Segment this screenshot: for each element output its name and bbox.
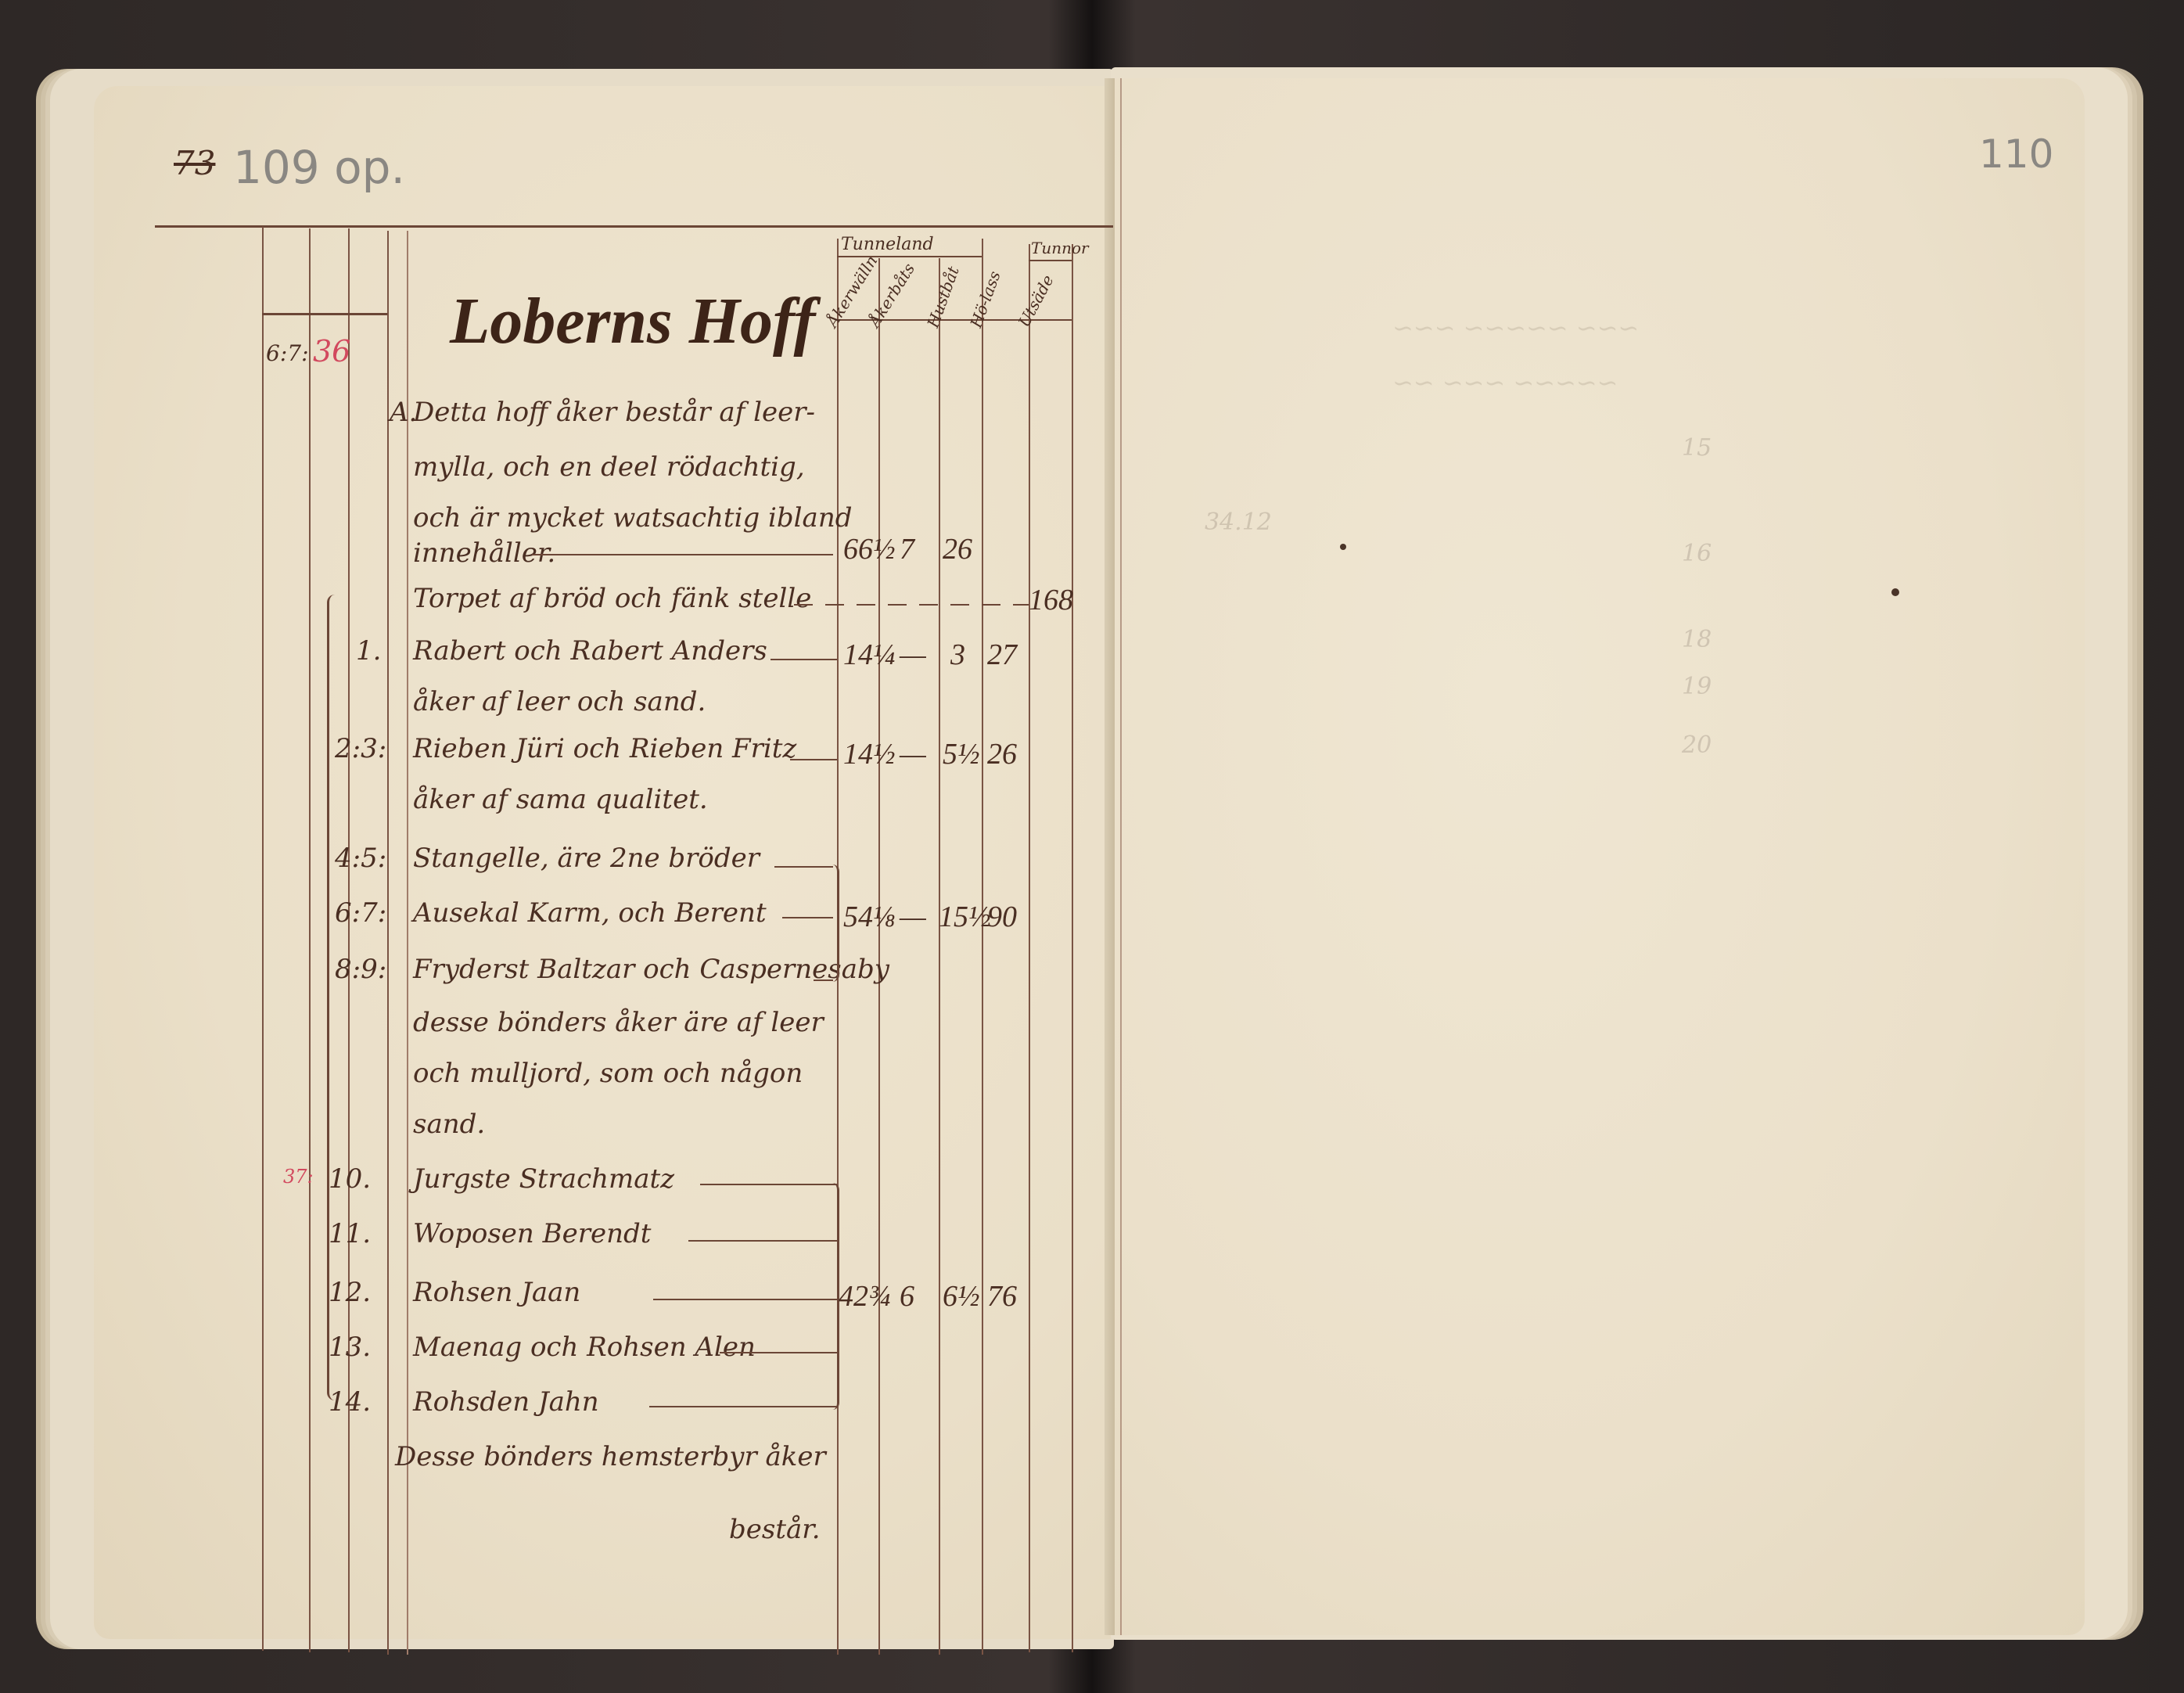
entry-11-text: Woposen Berendt [413,1220,651,1247]
leader-line [774,866,833,868]
leader-dashes [794,604,1029,606]
entry-8-9-no: 8:9: [335,956,386,983]
margin-line-4 [387,231,389,1655]
entry-14-no: 14. [329,1389,371,1415]
leader-line [688,1240,837,1242]
entry-a-line-3: och är mycket watsachtig ibland [413,505,852,531]
entry-12-no: 12. [329,1279,371,1306]
entry-2-3-val-1: 14½ [843,737,896,771]
entry-13-no: 13. [329,1334,371,1361]
entry-10-no: 10. [329,1166,371,1192]
entry-8-9-line-1: Fryderst Baltzar och Caspernesaby [413,956,889,983]
leader-line [649,1406,837,1407]
right-page-ruling [1120,78,1122,1635]
col-line-4 [982,239,983,1655]
entry-2-3-line-2: åker af sama qualitet. [413,786,708,813]
entry-group2-val-2: — [900,900,926,934]
entry-group2-val-3: 15½ [939,900,991,934]
entry-group3-val-3: 6½ [943,1279,980,1314]
leader-line [782,917,833,918]
leader-line [771,659,837,660]
entry-a-line-1: Detta hoff åker består af leer- [413,399,815,426]
leader-line [814,979,833,981]
margin-line-2 [309,228,311,1652]
closing-line-2: består. [729,1516,821,1543]
entry-a-line-4: innehåller. [413,540,555,566]
entry-1-line-1: Rabert och Rabert Anders [413,638,767,664]
entry-a-val-1: 66½ [843,532,896,566]
entry-1-no: 1. [356,638,381,664]
entry-torpet-text: Torpet af bröd och fänk stelle [413,585,811,612]
entry-4-5-line-1: Stangelle, äre 2ne bröder [413,845,760,872]
margin-ref-red-37: 37: [283,1167,314,1186]
entry-8-9-line-3: och mulljord, som och någon [413,1060,803,1087]
entry-group2-val-4: 90 [987,900,1017,934]
entry-group3-val-1: 42¾ [839,1279,891,1314]
entry-2-3-line-1: Rieben Jüri och Rieben Fritz [413,735,796,762]
leader-line [720,1352,837,1353]
entry-2-3-val-4: 26 [987,737,1017,771]
leader-line [700,1184,837,1185]
entry-2-3-no: 2:3: [335,735,386,762]
entry-13-text: Maenag och Rohsen Alen [413,1334,756,1361]
right-folio-number: 110 [1979,131,2053,177]
entry-a-line-2: mylla, och en deel rödachtig, [413,454,805,480]
closing-line-1: Desse bönders hemsterbyr åker [395,1443,826,1470]
entry-torpet-val-4: 168 [1029,583,1073,617]
leader-line [532,554,833,555]
bleed-through-text: ~~~~~ ~~~ ~~ [1392,368,1618,397]
entry-8-9-line-4: sand. [413,1111,485,1138]
struck-folio-number: 73 [174,147,215,180]
pencil-folio-number: 109 op. [233,141,405,194]
entry-1-val-3: 3 [950,638,965,672]
header-group2-rule [1029,260,1072,261]
entry-10-text: Jurgste Strachmatz [413,1166,674,1192]
entry-14-text: Rohsden Jahn [413,1389,599,1415]
margin-ref-red-36: 36 [313,336,350,366]
bleed-number: 19 [1682,673,1712,700]
entry-group2-val-1: 54⅛ [843,900,896,934]
entry-2-3-val-2: — [900,737,926,771]
leader-line [653,1299,837,1300]
col-group-tunnor: Tunnor [1031,239,1089,257]
margin-box-rule [262,313,387,315]
entry-group3-val-4: 76 [987,1279,1017,1314]
top-rule [155,225,1113,228]
entry-1-val-2: — [900,638,926,672]
entry-1-val-4: 27 [987,638,1017,672]
entry-a-val-3: 26 [943,532,972,566]
margin-ref-left: 6:7: [266,343,309,365]
margin-line-1 [262,227,264,1651]
ink-spot [1891,588,1899,596]
col-line-3 [939,258,940,1655]
bleed-number: 15 [1682,434,1712,462]
entry-11-no: 11. [329,1220,371,1247]
entry-1-line-2: åker af leer och sand. [413,688,706,715]
right-page [1115,78,2085,1635]
bleed-through-text: ~~~ ~~~~~ ~~~ [1392,313,1639,343]
entry-2-3-val-3: 5½ [943,737,980,771]
entry-6-7-line-1: Ausekal Karm, och Berent [413,900,767,926]
entry-12-text: Rohsen Jaan [413,1279,580,1306]
col-line-6 [1072,244,1073,1652]
page-title: Loberns Hoff [450,283,815,359]
header-group-rule [837,256,982,257]
ink-spot [1340,544,1346,550]
entry-group3-val-2: 6 [900,1279,914,1314]
leader-line [790,759,837,760]
entry-4-5-no: 4:5: [335,845,386,872]
col-line-5 [1029,244,1030,1652]
margin-line-3 [348,228,350,1652]
bleed-number: 18 [1682,626,1712,653]
bleed-number: 16 [1682,540,1712,567]
entry-1-val-1: 14¼ [843,638,896,672]
entry-6-7-no: 6:7: [335,900,386,926]
entry-a-val-2: 7 [900,532,914,566]
col-group-tunneland: Tunneland [841,235,934,254]
bracket-group-2 [832,864,839,982]
bleed-number: 20 [1682,731,1712,759]
entry-8-9-line-2: desse bönders åker äre af leer [413,1009,824,1036]
bleed-number: 34.12 [1205,509,1272,536]
